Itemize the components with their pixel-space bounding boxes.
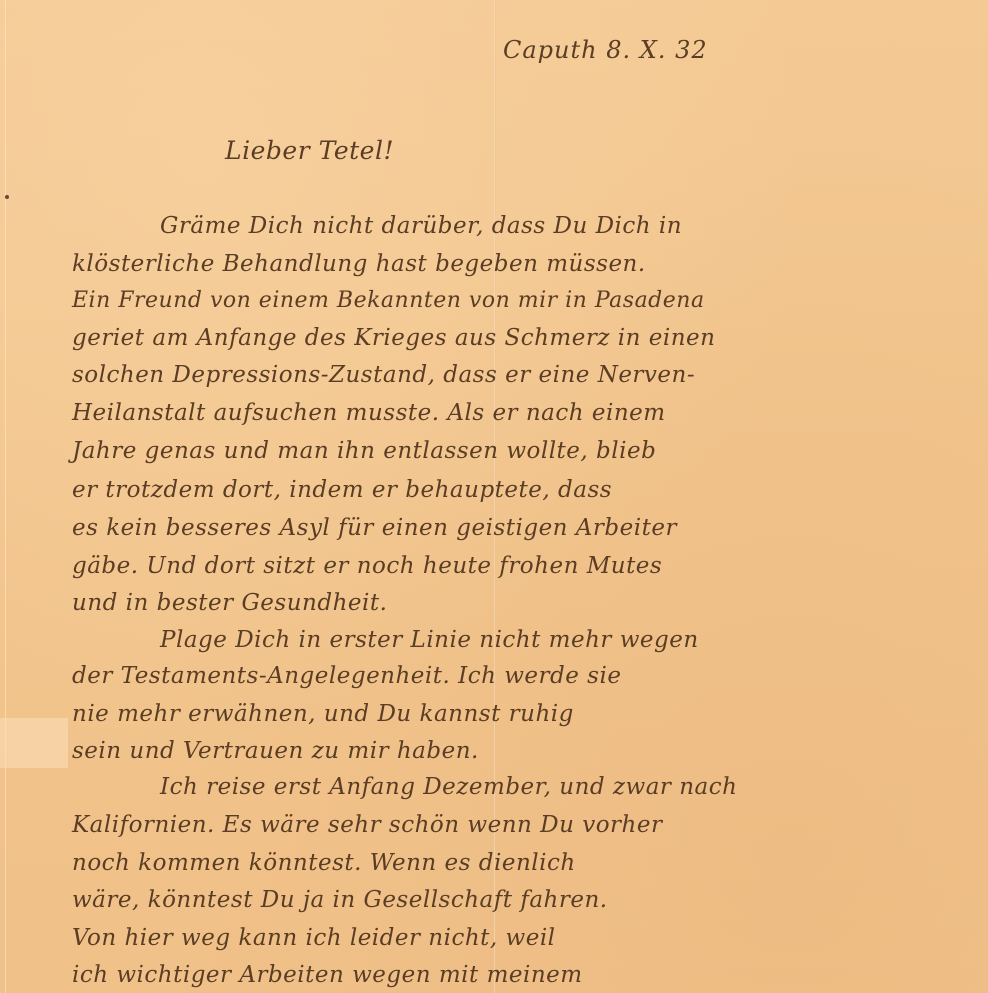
letter-line: und in bester Gesundheit. [72,590,387,616]
letter-page: Caputh 8. X. 32 Lieber Tetel! Gräme Dich… [0,0,988,993]
letter-line: nie mehr erwähnen, und Du kannst ruhig [72,701,574,727]
letter-line: Jahre genas und man ihn entlassen wollte… [72,438,656,464]
paper-edge [5,0,6,993]
letter-line: Heilanstalt aufsuchen musste. Als er nac… [72,400,666,426]
discolored-patch [0,718,68,768]
letter-line: Plage Dich in erster Linie nicht mehr we… [160,627,699,653]
letter-line: solchen Depressions-Zustand, dass er ein… [72,362,695,388]
letter-line: der Testaments-Angelegenheit. Ich werde … [72,663,621,689]
ink-spot [5,195,9,199]
letter-line: Kalifornien. Es wäre sehr schön wenn Du … [72,812,662,838]
letter-line: geriet am Anfange des Krieges aus Schmer… [72,325,715,351]
letter-line: gäbe. Und dort sitzt er noch heute frohe… [72,553,662,579]
letter-line: er trotzdem dort, indem er behauptete, d… [72,477,612,503]
letter-line: Gräme Dich nicht darüber, dass Du Dich i… [160,213,682,239]
letter-line: klösterliche Behandlung hast begeben müs… [72,251,646,277]
letter-line: Von hier weg kann ich leider nicht, weil [72,925,556,951]
letter-dateline: Caputh 8. X. 32 [503,36,708,64]
letter-line: ich wichtiger Arbeiten wegen mit meinem [72,962,583,988]
letter-line: Ich reise erst Anfang Dezember, und zwar… [160,774,737,800]
letter-line: Ein Freund von einem Bekannten von mir i… [72,288,705,313]
letter-line: noch kommen könntest. Wenn es dienlich [72,850,576,876]
letter-line: wäre, könntest Du ja in Gesellschaft fah… [72,887,608,913]
letter-salutation: Lieber Tetel! [225,136,394,165]
letter-line: sein und Vertrauen zu mir haben. [72,738,479,764]
letter-line: es kein besseres Asyl für einen geistige… [72,515,677,541]
